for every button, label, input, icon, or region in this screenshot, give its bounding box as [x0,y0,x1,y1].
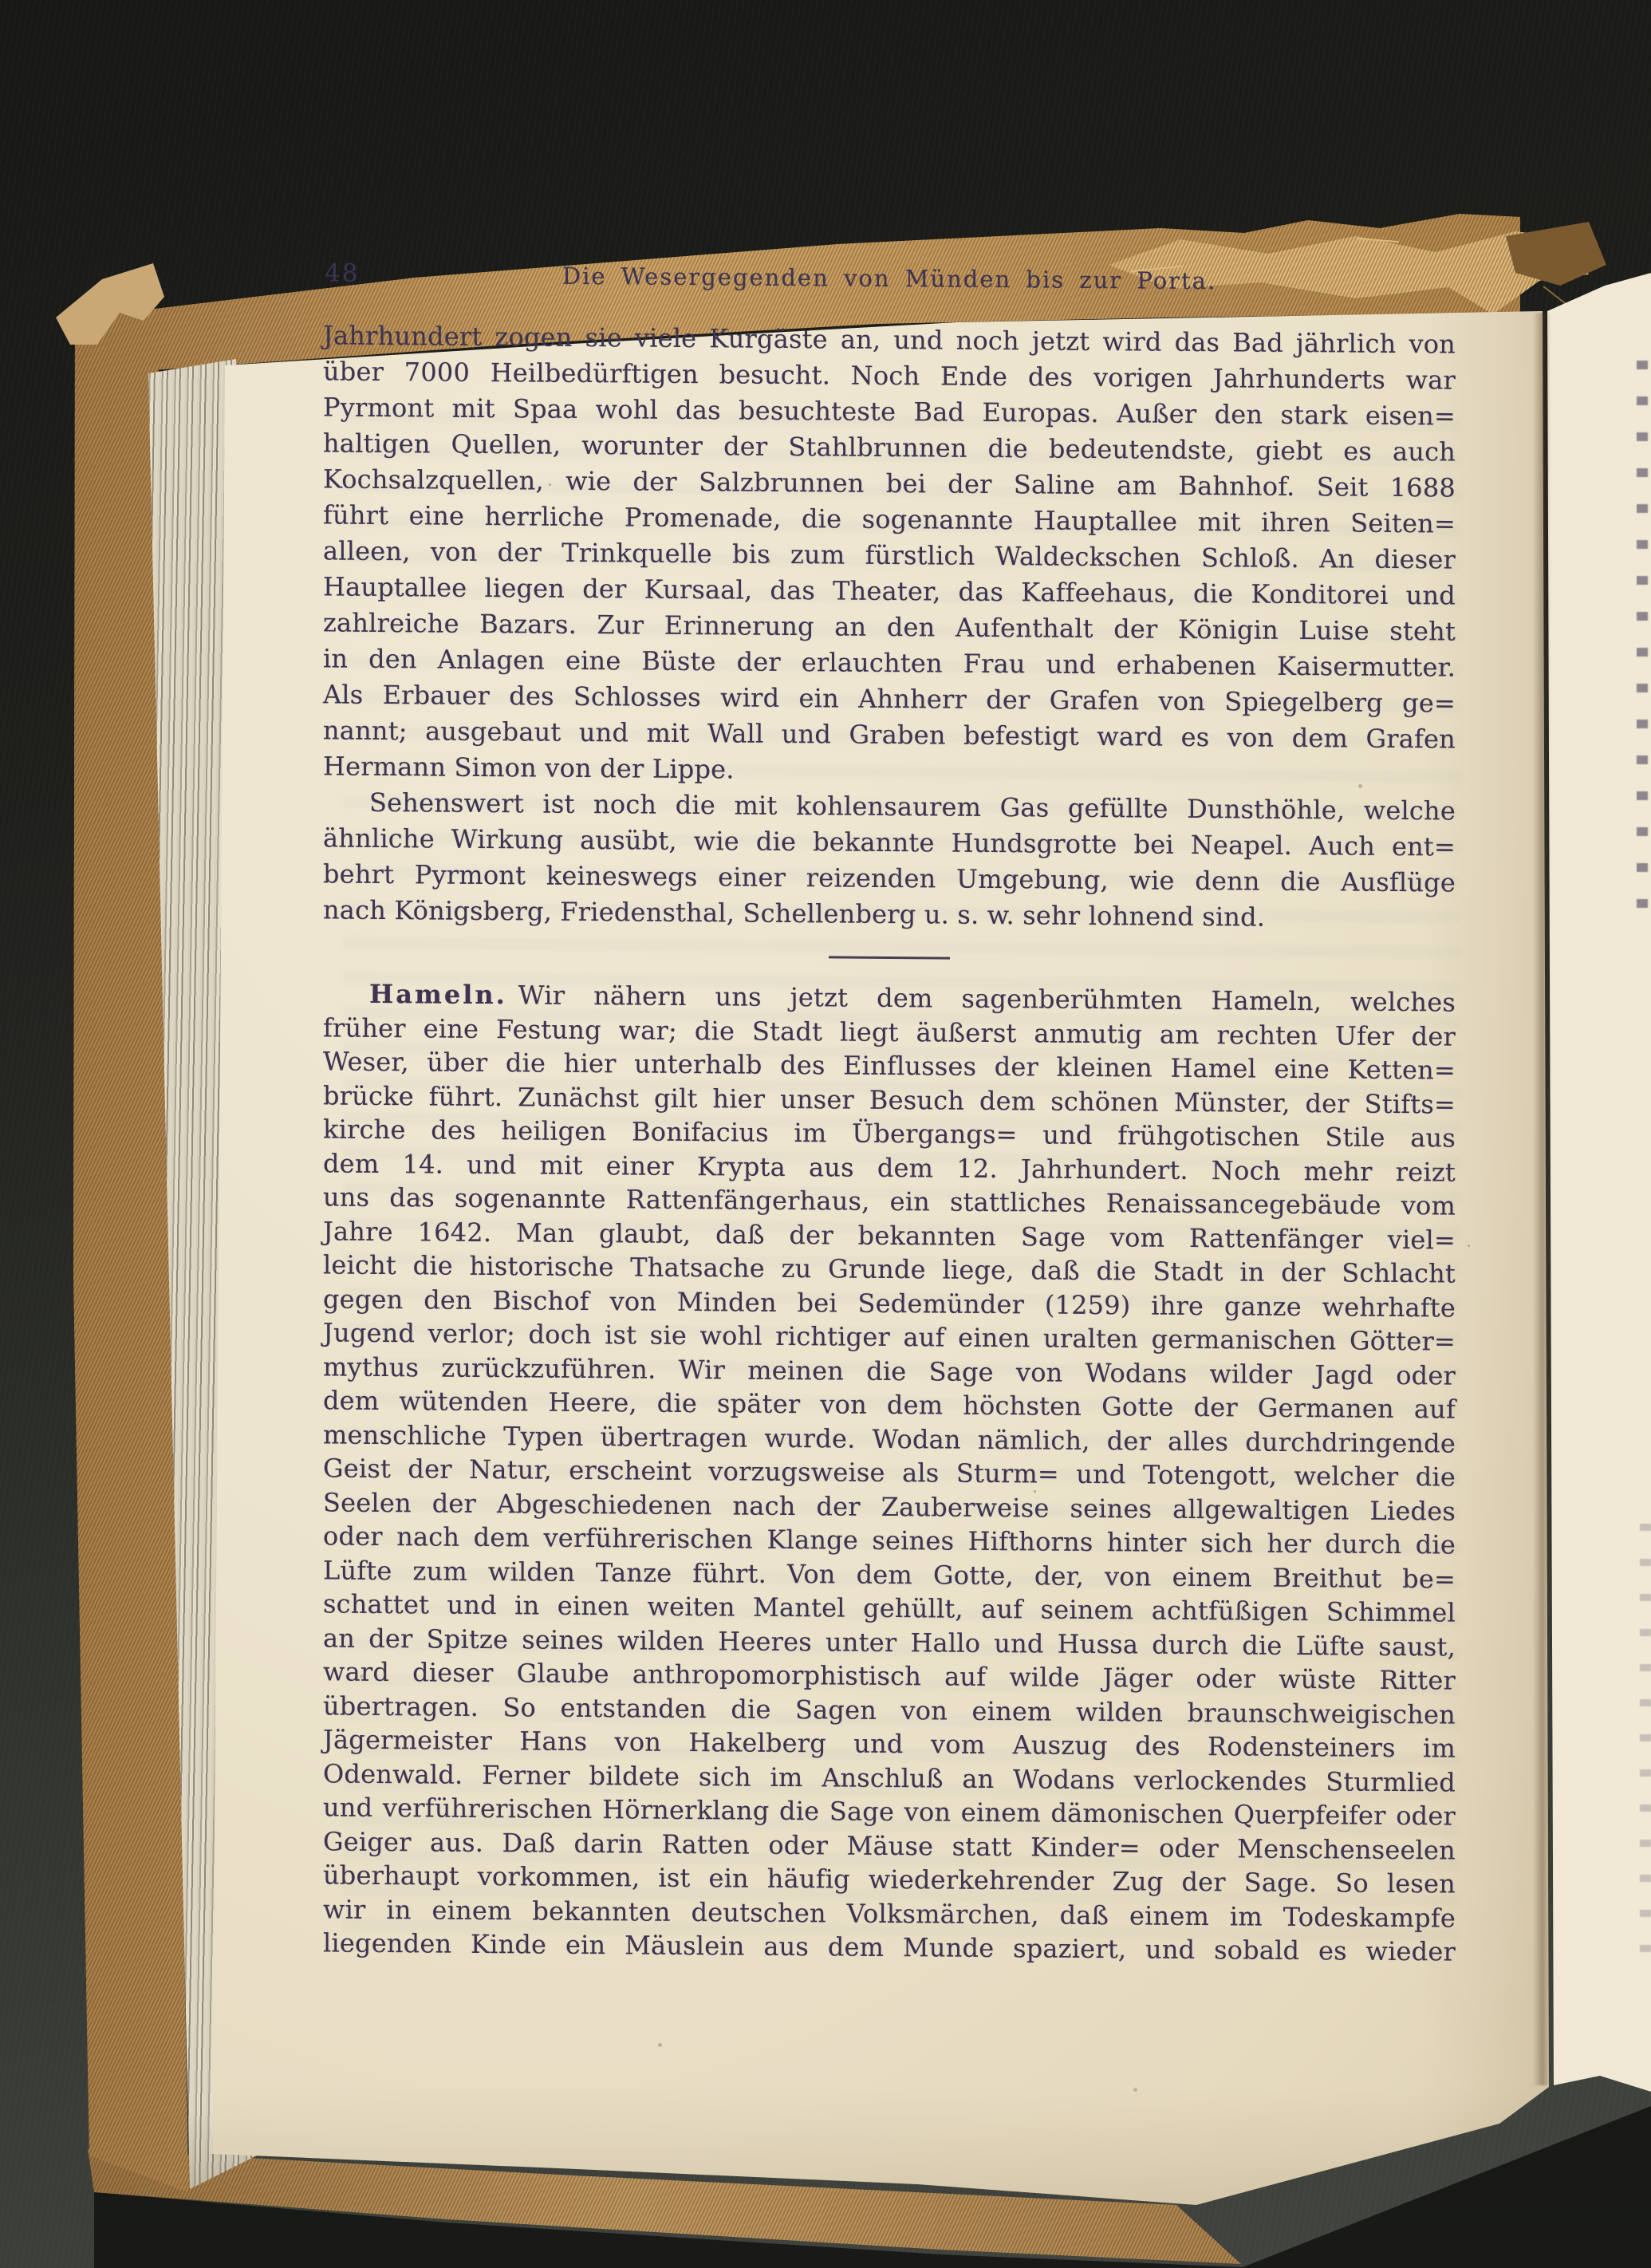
body-text: Jahrhundert zogen sie viele Kurgäste an,… [323,318,1456,1969]
facing-page-text-edge [1640,1524,1651,1970]
page-gutter-crease [1533,313,1551,2085]
book-photo: { "page": { "number": "48", "running_hea… [0,0,1651,2268]
section-heading-hameln: Hameln. [369,979,507,1010]
page-number: 48 [325,258,359,287]
paragraph-hameln: Hameln.Wir nähern uns jetzt dem sagenber… [323,976,1456,1969]
printed-page-content: 48 Die Wesergegenden von Münden bis zur … [323,258,1456,1969]
page-header: 48 Die Wesergegenden von Münden bis zur … [323,258,1456,306]
paragraph-pyrmont-continued: Jahrhundert zogen sie viele Kurgäste an,… [323,318,1456,793]
paragraph-pyrmont-sights: Sehenswert ist noch die mit kohlensaurem… [323,784,1456,937]
section-divider [829,956,950,959]
facing-page-text-edge [1637,361,1648,932]
running-header: Die Wesergegenden von Münden bis zur Por… [562,262,1216,294]
paper-specks [0,0,2,2]
